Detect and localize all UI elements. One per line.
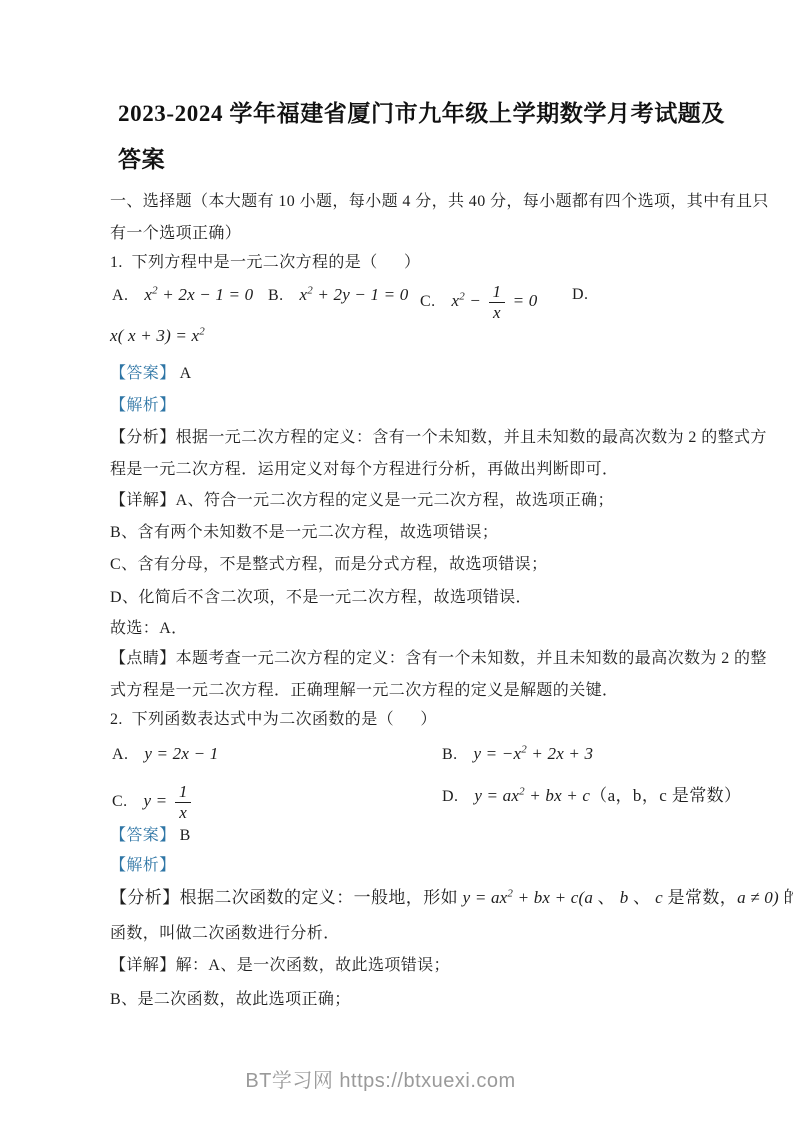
q2-option-d: D.y = ax2 + bx + c（a，b，c 是常数）: [442, 784, 741, 809]
q1-option-c-label: C.: [420, 290, 435, 314]
q1-option-a: A.x2 + 2x − 1 = 0: [112, 283, 253, 308]
q1-option-b: B.x2 + 2y − 1 = 0: [268, 283, 409, 308]
q1-dianjing-line2: 式方程是一元二次方程．正确理解一元二次方程的定义是解题的关键．: [110, 679, 618, 703]
q2-fenxi-formula: 【分析】根据二次函数的定义：一般地，形如 y = ax2 + bx + c(a …: [110, 888, 793, 907]
q1-xiangjie-line-c: C、含有分母，不是整式方程，而是分式方程，故选项错误；: [110, 553, 547, 577]
q2-xiangjie-line-b: B、是二次函数，故此选项正确；: [110, 988, 351, 1012]
q1-xiangjie-line-b: B、含有两个未知数不是一元二次方程，故选项错误；: [110, 521, 498, 545]
q2-option-b-label: B.: [442, 743, 457, 767]
q1-option-d-formula-line: x( x + 3) = x2: [110, 324, 205, 349]
q1-answer-line: 【答案】A: [110, 362, 192, 386]
q2-xiangjie-line1: 【详解】解：A、是一次函数，故此选项错误；: [110, 954, 450, 978]
q2-jiexi-line: 【解析】: [110, 854, 176, 878]
q1-jiexi-line: 【解析】: [110, 394, 176, 418]
q1-option-c: C.x2 − 1x = 0: [420, 283, 538, 322]
section-intro-line1: 一、选择题（本大题有 10 小题，每小题 4 分，共 40 分，每小题都有四个选…: [110, 190, 769, 214]
q2-option-c-formula: y = 1x: [143, 791, 194, 810]
q2-option-a: A.y = 2x − 1: [112, 742, 218, 767]
q2-option-b-formula: y = −x2 + 2x + 3: [473, 744, 593, 763]
doc-title-line1: 2023-2024 学年福建省厦门市九年级上学期数学月考试题及: [118, 102, 725, 126]
q1-option-d-label: D.: [572, 283, 588, 307]
section-intro-line2: 有一个选项正确）: [110, 222, 241, 246]
q2-answer-label: 【答案】: [110, 827, 176, 844]
q1-answer-value: A: [180, 365, 192, 382]
q1-guxuan-line: 故选：A．: [110, 617, 188, 641]
q1-option-a-label: A.: [112, 284, 128, 308]
q2-stem: 2. 下列函数表达式中为二次函数的是（ ）: [110, 708, 437, 732]
q2-option-c: C.y = 1x: [112, 783, 195, 822]
site-watermark: BT学习网 https://btxuexi.com: [0, 1064, 777, 1093]
doc-title-line2: 答案: [118, 148, 165, 172]
q2-fenxi-line2: 函数，叫做二次函数进行分析．: [110, 922, 340, 946]
q1-dianjing-line1: 【点睛】本题考查一元二次方程的定义：含有一个未知数，并且未知数的最高次数为 2 …: [110, 647, 767, 671]
exam-document-page: 2023-2024 学年福建省厦门市九年级上学期数学月考试题及 答案 一、选择题…: [0, 0, 793, 1122]
q1-xiangjie-line1: 【详解】A、符合一元二次方程的定义是一元二次方程，故选项正确；: [110, 489, 614, 513]
q1-xiangjie-line-d: D、化简后不含二次项，不是一元二次方程，故选项错误．: [110, 586, 532, 610]
q2-option-c-label: C.: [112, 790, 127, 814]
q1-option-b-label: B.: [268, 284, 283, 308]
q1-fenxi-line2: 程是一元二次方程．运用定义对每个方程进行分析，再做出判断即可．: [110, 458, 618, 482]
q2-option-a-formula: y = 2x − 1: [144, 744, 218, 763]
q1-option-a-formula: x2 + 2x − 1 = 0: [144, 285, 253, 304]
q2-fenxi-line1: 【分析】根据二次函数的定义：一般地，形如 y = ax2 + bx + c(a …: [110, 886, 793, 911]
q2-option-d-formula: y = ax2 + bx + c（a，b，c 是常数）: [474, 786, 741, 805]
q2-jiexi-label: 【解析】: [110, 857, 176, 874]
q2-answer-line: 【答案】B: [110, 824, 191, 848]
q1-jiexi-label: 【解析】: [110, 397, 176, 414]
q2-option-b: B.y = −x2 + 2x + 3: [442, 742, 593, 767]
q1-fenxi-line1: 【分析】根据一元二次方程的定义：含有一个未知数，并且未知数的最高次数为 2 的整…: [110, 426, 767, 450]
q1-answer-label: 【答案】: [110, 365, 176, 382]
q1-stem: 1. 下列方程中是一元二次方程的是（ ）: [110, 251, 420, 275]
q2-answer-value: B: [180, 827, 191, 844]
q1-option-d-formula: x( x + 3) = x2: [110, 326, 205, 345]
q2-option-a-label: A.: [112, 743, 128, 767]
q1-option-d: D.: [572, 283, 604, 307]
q1-option-b-formula: x2 + 2y − 1 = 0: [299, 285, 408, 304]
q1-option-c-formula: x2 − 1x = 0: [451, 291, 537, 310]
q2-option-d-label: D.: [442, 785, 458, 809]
